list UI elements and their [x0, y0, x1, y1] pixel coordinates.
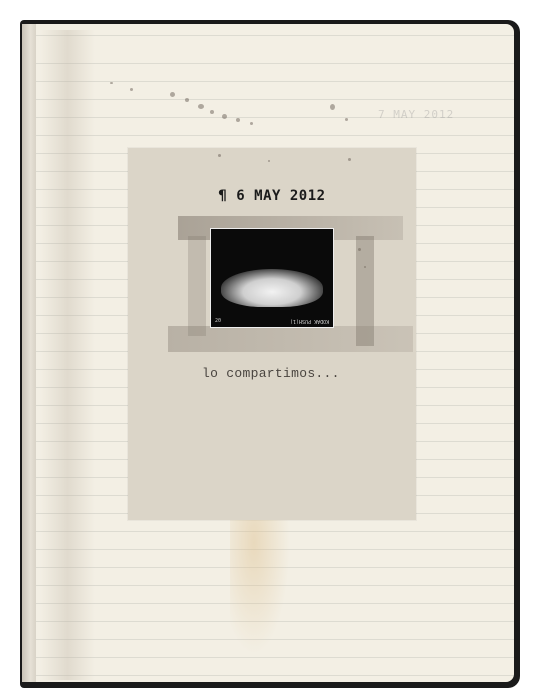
- faint-date-stamp: 7 MAY 2012: [378, 108, 454, 121]
- date-stamp: ¶ 6 MAY 2012: [128, 188, 416, 204]
- caption: lo compartimos...: [202, 366, 340, 381]
- coffee-stain: [230, 515, 290, 655]
- notebook-binding: [22, 24, 36, 682]
- film-photo: 20 KODAK PUSH(1): [210, 228, 334, 328]
- pasted-card: ¶ 6 MAY 2012 20 KODAK PUSH(1) lo compart…: [128, 148, 416, 520]
- paint-smear: [40, 30, 95, 680]
- headlight-glow: [221, 269, 323, 307]
- film-frame-number: 20: [215, 318, 221, 324]
- film-edge-label: KODAK PUSH(1): [290, 318, 329, 324]
